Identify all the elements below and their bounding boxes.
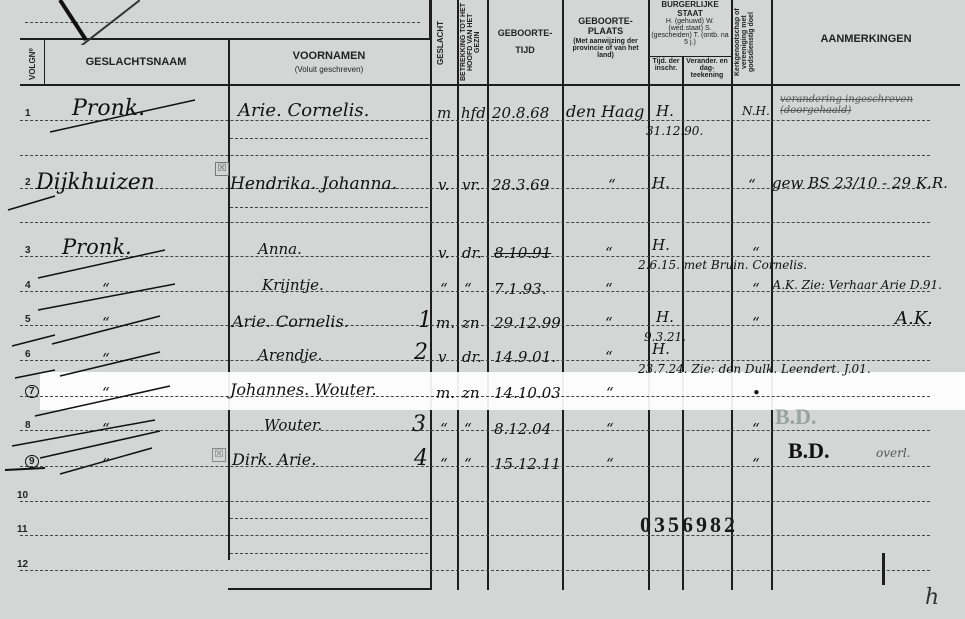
sex: m: [437, 104, 451, 122]
row-number: 12: [17, 559, 28, 570]
given-names: Arie. Cornelis.: [232, 312, 349, 331]
birth-place: “: [606, 455, 614, 473]
row-line: [20, 222, 930, 223]
surname-ditto: “: [102, 350, 110, 368]
header-kerkgenootschap: Kerkgenootschap of vereeniging met godsd…: [734, 2, 768, 82]
voornamen-box-bottom: [228, 588, 430, 590]
header-burgerlijke-staat: BURGERLIJKE STAAT: [650, 0, 730, 18]
remarks: A.K. Zie: Verhaar Arie D.91.: [772, 278, 942, 292]
birth-date: 8.12.04: [494, 420, 551, 438]
birth-date: 8.10.91: [494, 244, 551, 262]
given-names: Anna.: [258, 240, 302, 258]
birth-place: “: [606, 384, 614, 402]
church: “: [752, 244, 760, 262]
row-subline: [230, 518, 428, 519]
remarks-struck: verandering ingeschreven (doorgehaald): [780, 94, 940, 116]
relation: “: [464, 280, 472, 298]
row-subline: [230, 553, 428, 554]
row-line: [20, 430, 930, 431]
row-subline: [230, 138, 428, 139]
sex: “: [440, 455, 448, 473]
header-volgnr: VOLGN⁰: [28, 44, 42, 84]
birth-date: 28.3.69: [492, 176, 549, 194]
row-number: 11: [17, 524, 28, 535]
col-line: [228, 40, 230, 560]
remarks: A.K.: [895, 308, 933, 329]
header-burgerlijke-staat-sub: H. (gehuwd) W. (wed.staat) S. (gescheide…: [650, 18, 730, 46]
surname-ditto: “: [102, 314, 110, 332]
civil-status: H.: [652, 340, 670, 358]
church: “: [752, 314, 760, 332]
header-geslacht: GESLACHT: [436, 6, 452, 80]
relation: “: [464, 420, 472, 438]
row-number: 1: [25, 108, 31, 119]
birth-date: 7.1.93.: [494, 280, 546, 298]
sex: “: [440, 420, 448, 438]
surname-ditto: “: [102, 280, 110, 298]
serial-number: 0356982: [640, 512, 738, 538]
church: “: [752, 420, 760, 438]
remarks: gew BS 23/10 - 29 K.R.: [772, 174, 948, 192]
given-names: Krijntje.: [262, 276, 324, 294]
sex: “: [440, 280, 448, 298]
row-number: 6: [25, 349, 31, 360]
header-tijd-inschr: Tijd. der inschr.: [650, 58, 682, 72]
relation: zn: [462, 384, 480, 402]
bd-stamp-faded: B.D.: [775, 404, 817, 430]
header-geboorteplaats-sub: (Met aanwijzing der provincie of van het…: [564, 38, 647, 59]
row-number-circled: 9: [25, 455, 39, 468]
civil-status: H.: [656, 102, 674, 120]
surname-strikethrough-lines: [0, 0, 230, 619]
given-names: Wouter.: [264, 416, 322, 434]
child-number: 1: [418, 308, 432, 333]
surname: Pronk.: [72, 96, 145, 121]
given-names: Arendje.: [258, 346, 322, 364]
birth-place: “: [605, 314, 613, 332]
sex: v: [438, 348, 446, 366]
birth-place: den Haag: [566, 102, 644, 121]
row-number: 4: [25, 280, 31, 291]
given-names: Johannes. Wouter.: [230, 380, 377, 399]
sex: v.: [438, 176, 449, 194]
civil-status: H.: [652, 174, 670, 192]
child-number: 4: [414, 446, 428, 471]
surname-ditto: “: [102, 420, 110, 438]
church: N.H.: [742, 104, 770, 118]
row-line: [20, 501, 930, 502]
header-voornamen-sub: (Voluit geschreven): [230, 65, 428, 74]
surname-ditto: “: [102, 455, 110, 473]
header-bottom-border: [20, 84, 960, 86]
relation: dr.: [462, 348, 482, 366]
row-line: [20, 535, 930, 536]
family-registration-card: VOLGN⁰ GESLACHTSNAAM VOORNAMEN (Voluit g…: [0, 0, 965, 619]
row-line: [20, 570, 930, 571]
relation: vr.: [462, 176, 481, 194]
header-geslachtsnaam: GESLACHTSNAAM: [46, 56, 226, 68]
birth-date: 20.8.68: [492, 104, 549, 122]
row-line: [20, 466, 930, 467]
row-number-circled: 7: [25, 385, 39, 398]
header-geboortetijd: GEBOORTE-: [489, 28, 561, 38]
birth-place: “: [605, 244, 613, 262]
sex: v.: [438, 244, 449, 262]
header-voornamen: VOORNAMEN: [230, 50, 428, 62]
given-names: Hendrika. Johanna.: [230, 174, 397, 194]
row-number: 8: [25, 420, 31, 431]
corner-mark: h: [925, 585, 939, 610]
header-betrekking: BETREKKING TOT HET HOOFD VAN HET GEZIN: [460, 2, 484, 82]
birth-place: “: [605, 348, 613, 366]
burgerlijke-subheader-line: [648, 56, 732, 57]
child-number: 3: [412, 412, 426, 437]
civil-change: 23.7.24. Zie: den Dulk. Leendert. J.01.: [638, 362, 871, 376]
relation: zn: [462, 314, 480, 332]
pen-mark: [882, 553, 885, 585]
row-number: 3: [25, 245, 31, 256]
given-names: Arie. Cornelis.: [238, 100, 369, 121]
church: “: [752, 280, 760, 298]
birth-place: “: [605, 280, 613, 298]
birth-place: “: [606, 420, 614, 438]
sex: m.: [436, 314, 455, 332]
surname: Dijkhuizen: [36, 170, 155, 195]
row-line: [20, 155, 930, 156]
relation: hfd: [461, 104, 486, 122]
civil-change-date: 31.12.90.: [646, 124, 703, 138]
birth-date: 15.12.11: [494, 455, 561, 473]
given-names: Dirk. Arie.: [232, 450, 316, 469]
church: “: [752, 455, 760, 473]
row-number: 2: [25, 177, 31, 188]
relation: dr.: [462, 244, 482, 262]
row-subline: [230, 207, 428, 208]
checkbox-marked-icon: ☒: [215, 162, 229, 176]
row-number: 10: [17, 490, 28, 501]
remarks-extra: overl.: [876, 446, 911, 460]
birth-date: 14.10.03: [494, 384, 561, 402]
bd-stamp: B.D.: [788, 438, 830, 464]
cross-mark-icon: [50, 0, 140, 45]
checkbox-marked-icon: ☒: [212, 448, 226, 462]
row-number: 5: [25, 314, 31, 325]
header-geboorteplaats: GEBOORTE-PLAATS: [564, 16, 647, 36]
civil-status: H.: [656, 308, 674, 326]
header-verander: Verander. en dag-teekening: [684, 58, 730, 79]
relation: “: [464, 455, 472, 473]
sex: m.: [436, 384, 455, 402]
civil-status: H.: [652, 236, 670, 254]
church: •: [752, 384, 761, 402]
birth-date: 14.9.01.: [494, 348, 556, 366]
surname-ditto: “: [102, 384, 110, 402]
child-number: 2: [414, 340, 428, 365]
birth-date: 29.12.99.: [494, 314, 566, 332]
header-geboortetijd-2: TIJD: [489, 45, 561, 55]
header-aanmerkingen: AANMERKINGEN: [773, 33, 959, 45]
church: “: [748, 176, 756, 194]
birth-place: “: [608, 176, 616, 194]
surname: Pronk.: [62, 235, 132, 259]
col-line: [44, 40, 45, 84]
civil-change: 2.6.15. met Bruin. Cornelis.: [638, 258, 807, 272]
